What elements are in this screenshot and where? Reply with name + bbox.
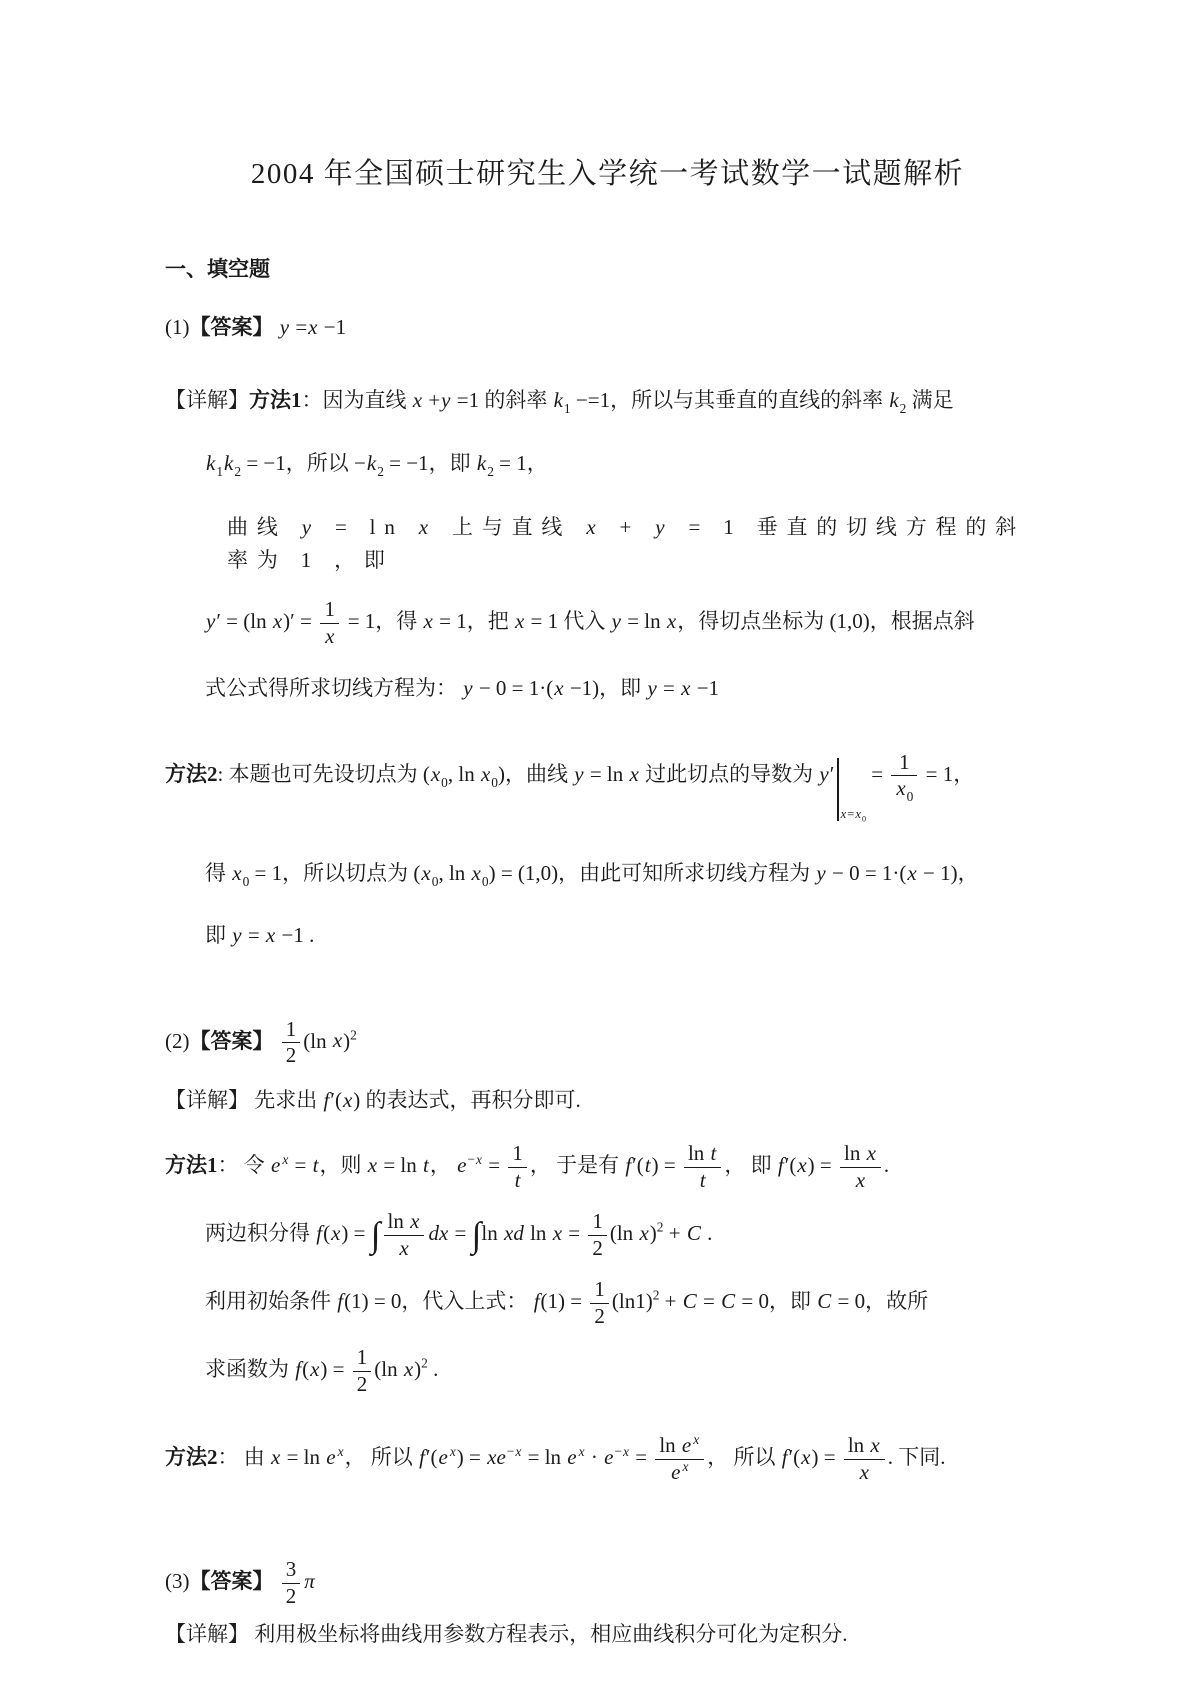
vertical-bar bbox=[837, 758, 838, 821]
math-var: x bbox=[330, 1221, 341, 1245]
solution-line: 方法2: 本题也可先设切点为 (x0, ln x0)，曲线 y = ln x 过… bbox=[165, 749, 1050, 821]
math-var: x bbox=[403, 1357, 414, 1381]
integral-sign: ∫ bbox=[472, 1214, 482, 1254]
math-var: e bbox=[566, 1445, 577, 1469]
solution-line: 利用初始条件 f(1) = 0，代入上式： f(1) = 12(ln1)2 + … bbox=[205, 1276, 1050, 1330]
denominator: 2 bbox=[282, 1043, 301, 1068]
eval-subscript: x=x0 bbox=[840, 814, 866, 820]
math-var: x bbox=[471, 861, 482, 885]
denominator: 2 bbox=[282, 1584, 301, 1609]
superscript: 2 bbox=[421, 1356, 428, 1371]
bold-label: 【答案】 bbox=[190, 1569, 274, 1593]
bold-label: 【答案】 bbox=[190, 1028, 274, 1052]
solution-line: 即 y = x −1 . bbox=[205, 919, 1050, 952]
math-var: dx bbox=[427, 1221, 449, 1245]
math-var: x bbox=[666, 609, 677, 633]
solution-line: 得 x0 = 1，所以切点为 (x0, ln x0) = (1,0)，由此可知所… bbox=[205, 857, 1050, 890]
numerator: 1 bbox=[320, 598, 339, 624]
math-var: C bbox=[816, 1289, 832, 1313]
fraction: ln xx bbox=[384, 1210, 425, 1260]
numerator: 1 bbox=[508, 1142, 527, 1168]
math-var: xe bbox=[486, 1445, 507, 1469]
fraction: ln tt bbox=[684, 1142, 721, 1192]
math-var: k bbox=[553, 388, 564, 412]
solution-line: 【详解】 利用极坐标将曲线用参数方程表示，相应曲线积分可化为定积分. bbox=[165, 1618, 1050, 1651]
math-var: y bbox=[818, 762, 829, 786]
subscript: 0 bbox=[441, 775, 448, 790]
math-var: x bbox=[854, 807, 862, 821]
math-var: e bbox=[670, 1460, 681, 1484]
fraction: 1x0 bbox=[891, 751, 917, 801]
math-var: x bbox=[281, 1152, 289, 1167]
math-var: f bbox=[294, 1357, 302, 1381]
bold-label: 方法2 bbox=[165, 762, 218, 786]
denominator: x bbox=[844, 1460, 885, 1485]
fraction: 12 bbox=[282, 1018, 301, 1068]
denominator: x bbox=[384, 1236, 425, 1261]
superscript: −x bbox=[614, 1444, 630, 1459]
math-var: y bbox=[815, 861, 826, 885]
numerator: ln ex bbox=[655, 1434, 704, 1460]
math-var: x bbox=[324, 624, 335, 648]
subscript: 0 bbox=[432, 874, 439, 889]
subscript: 2 bbox=[900, 401, 907, 416]
solution-line: 求函数为 f(x) = 12(ln x)2 . bbox=[205, 1344, 1050, 1398]
fraction: 32 bbox=[282, 1558, 301, 1608]
answer-line-3: (3)【答案】 32π bbox=[165, 1556, 1050, 1610]
math-var: f bbox=[336, 1289, 344, 1313]
superscript: x bbox=[578, 1444, 586, 1459]
math-var: f bbox=[418, 1445, 426, 1469]
answer-line-1: (1)【答案】 y =x −1 bbox=[165, 311, 1050, 344]
numerator: 1 bbox=[891, 751, 917, 777]
page-title: 2004 年全国硕士研究生入学统一考试数学一试题解析 bbox=[165, 152, 1050, 197]
math-var: x bbox=[629, 762, 640, 786]
solution-line: 式公式得所求切线方程为： y − 0 = 1·(x −1)，即 y = x −1 bbox=[205, 672, 1050, 705]
math-var: x bbox=[309, 1357, 320, 1381]
math-var: f bbox=[781, 1445, 789, 1469]
math-var: x bbox=[332, 1028, 343, 1052]
math-var: x bbox=[420, 861, 431, 885]
bold-label: 【答案】 bbox=[190, 315, 274, 339]
subscript: 0 bbox=[907, 789, 914, 804]
subscript: 1 bbox=[564, 401, 571, 416]
math-var: x bbox=[337, 1444, 345, 1459]
solution-line: k1k2 = −1，所以 −k2 = −1，即 k2 = 1， bbox=[205, 447, 1050, 480]
math-var: x bbox=[367, 1153, 378, 1177]
superscript: x bbox=[281, 1152, 289, 1167]
numerator: ln x bbox=[384, 1210, 425, 1236]
numerator: ln x bbox=[844, 1434, 885, 1460]
fraction: 1x bbox=[320, 598, 339, 648]
math-var: e bbox=[603, 1445, 614, 1469]
superscript: 2 bbox=[653, 1288, 660, 1303]
fraction: 12 bbox=[588, 1210, 607, 1260]
math-var: x bbox=[855, 1168, 866, 1192]
math-var: C bbox=[686, 1221, 702, 1245]
math-var: f bbox=[323, 1088, 331, 1112]
math-var: x bbox=[622, 1444, 630, 1459]
denominator: t bbox=[508, 1168, 527, 1193]
subscript: 0 bbox=[482, 874, 489, 889]
math-var: x bbox=[480, 762, 491, 786]
math-var: y bbox=[654, 515, 674, 539]
math-var: t bbox=[644, 1153, 652, 1177]
solution-line: 【详解】 先求出 f′(x) 的表达式，再积分即可. bbox=[165, 1084, 1050, 1117]
math-var: x bbox=[409, 1209, 420, 1233]
math-var: t bbox=[699, 1168, 707, 1192]
fraction: 12 bbox=[353, 1346, 372, 1396]
math-var: y bbox=[279, 315, 290, 339]
integral-sign: ∫ bbox=[371, 1214, 381, 1254]
math-var: x bbox=[265, 923, 276, 947]
denominator: x bbox=[320, 624, 339, 649]
math-var: x bbox=[680, 676, 691, 700]
denominator: 2 bbox=[590, 1304, 609, 1329]
math-var: f bbox=[777, 1153, 785, 1177]
fraction: 1t bbox=[508, 1142, 527, 1192]
subscript: 0 bbox=[243, 874, 250, 889]
fraction: ln xx bbox=[844, 1434, 885, 1484]
superscript: −x bbox=[507, 1444, 523, 1459]
numerator: 1 bbox=[282, 1018, 301, 1044]
subscript: 2 bbox=[377, 464, 384, 479]
solution-line: y′ = (ln x)′ = 1x = 1，得 x = 1，把 x = 1 代入… bbox=[205, 596, 1050, 650]
math-var: x bbox=[800, 1445, 811, 1469]
numerator: 1 bbox=[353, 1346, 372, 1372]
math-var: C bbox=[682, 1289, 698, 1313]
denominator: x0 bbox=[891, 776, 917, 801]
math-var: x bbox=[681, 1459, 689, 1474]
math-var: x bbox=[307, 315, 318, 339]
math-var: k bbox=[888, 388, 899, 412]
numerator: 1 bbox=[590, 1278, 609, 1304]
fraction: 12 bbox=[590, 1278, 609, 1328]
math-var: x bbox=[475, 1152, 483, 1167]
math-var: t bbox=[514, 1168, 522, 1192]
math-var: π bbox=[303, 1569, 316, 1593]
math-var: x bbox=[859, 1460, 870, 1484]
superscript: −x bbox=[467, 1152, 483, 1167]
math-var: y bbox=[611, 609, 622, 633]
superscript: x bbox=[692, 1432, 700, 1447]
math-var: x bbox=[585, 515, 605, 539]
math-var: k bbox=[366, 451, 377, 475]
subscript: 0 bbox=[862, 815, 866, 824]
math-var: f bbox=[533, 1289, 541, 1313]
math-var: e bbox=[456, 1153, 467, 1177]
math-var: y bbox=[301, 515, 321, 539]
bold-label: 方法1 bbox=[249, 388, 302, 412]
denominator: 2 bbox=[588, 1236, 607, 1261]
math-var: x bbox=[638, 1221, 649, 1245]
math-var: x bbox=[231, 861, 242, 885]
math-var: xd bbox=[503, 1221, 525, 1245]
solution-line: 曲线 y = ln x 上与直线 x + y = 1 垂直的切线方程的斜率为 1… bbox=[227, 511, 1050, 576]
math-var: e bbox=[270, 1153, 281, 1177]
math-var: x bbox=[342, 1088, 353, 1112]
math-var: k bbox=[476, 451, 487, 475]
math-var: t bbox=[710, 1141, 718, 1165]
math-var: x bbox=[430, 762, 441, 786]
math-var: x bbox=[895, 776, 906, 800]
bold-label: 一、填空题 bbox=[165, 257, 270, 281]
denominator: x bbox=[840, 1168, 881, 1193]
math-var: x bbox=[412, 388, 423, 412]
section-heading: 一、填空题 bbox=[165, 253, 1050, 286]
math-var: y bbox=[231, 923, 242, 947]
math-var: x bbox=[796, 1153, 807, 1177]
math-var: y bbox=[205, 609, 216, 633]
math-var: k bbox=[205, 451, 216, 475]
superscript: 2 bbox=[350, 1027, 357, 1042]
denominator: 2 bbox=[353, 1372, 372, 1397]
math-var: e bbox=[681, 1433, 692, 1457]
solution-line: 两边积分得 f(x) = ∫ln xxdx = ∫ln xd ln x = 12… bbox=[205, 1208, 1050, 1262]
math-var: x bbox=[866, 1141, 877, 1165]
math-var: t bbox=[422, 1153, 430, 1177]
math-var: x bbox=[418, 515, 438, 539]
numerator: 3 bbox=[282, 1558, 301, 1584]
document-body: 一、填空题(1)【答案】 y =x −1【详解】方法1：因为直线 x +y =1… bbox=[165, 253, 1050, 1651]
math-var: x bbox=[449, 1444, 457, 1459]
denominator: ex bbox=[655, 1460, 704, 1485]
math-var: x bbox=[514, 1444, 522, 1459]
subscript: 0 bbox=[491, 775, 498, 790]
superscript: x bbox=[337, 1444, 345, 1459]
superscript: x bbox=[681, 1459, 689, 1474]
math-var: x bbox=[270, 1445, 281, 1469]
math-var: f bbox=[624, 1153, 632, 1177]
numerator: ln t bbox=[684, 1142, 721, 1168]
subscript: 2 bbox=[487, 464, 494, 479]
math-var: x bbox=[514, 609, 525, 633]
solution-line: 方法1： 令 ex = t，则 x = ln t， e−x = 1t， 于是有 … bbox=[165, 1140, 1050, 1194]
math-var: x bbox=[840, 807, 848, 821]
fraction: ln exex bbox=[655, 1434, 704, 1484]
math-var: x bbox=[272, 609, 283, 633]
solution-line: 方法2： 由 x = ln ex， 所以 f′(ex) = xe−x = ln … bbox=[165, 1432, 1050, 1486]
math-var: x bbox=[398, 1236, 409, 1260]
evaluation-bar: x=x0 bbox=[834, 758, 866, 821]
numerator: 1 bbox=[588, 1210, 607, 1236]
math-var: f bbox=[315, 1221, 323, 1245]
numerator: ln x bbox=[840, 1142, 881, 1168]
bold-label: 方法2 bbox=[165, 1445, 218, 1469]
math-var: y bbox=[646, 676, 657, 700]
math-var: e bbox=[325, 1445, 336, 1469]
document-page: 2004 年全国硕士研究生入学统一考试数学一试题解析 一、填空题(1)【答案】 … bbox=[0, 0, 1190, 1683]
math-var: x bbox=[869, 1433, 880, 1457]
math-var: x bbox=[906, 861, 917, 885]
math-var: y bbox=[440, 388, 451, 412]
math-var: k bbox=[223, 451, 234, 475]
math-var: C bbox=[720, 1289, 736, 1313]
fraction: ln xx bbox=[840, 1142, 881, 1192]
subscript: 2 bbox=[234, 464, 241, 479]
denominator: t bbox=[684, 1168, 721, 1193]
math-var: x bbox=[552, 1221, 563, 1245]
math-var: t bbox=[312, 1153, 320, 1177]
answer-line-2: (2)【答案】 12(ln x)2 bbox=[165, 1016, 1050, 1070]
math-var: x bbox=[692, 1432, 700, 1447]
superscript: 2 bbox=[657, 1220, 664, 1235]
math-var: x bbox=[578, 1444, 586, 1459]
math-var: x bbox=[553, 676, 564, 700]
math-var: e bbox=[438, 1445, 449, 1469]
bold-label: 方法1 bbox=[165, 1153, 218, 1177]
math-var: y bbox=[462, 676, 473, 700]
superscript: x bbox=[449, 1444, 457, 1459]
math-var: x bbox=[423, 609, 434, 633]
solution-line: 【详解】方法1：因为直线 x +y =1 的斜率 k1 −=1，所以与其垂直的直… bbox=[165, 384, 1050, 417]
math-var: y bbox=[573, 762, 584, 786]
